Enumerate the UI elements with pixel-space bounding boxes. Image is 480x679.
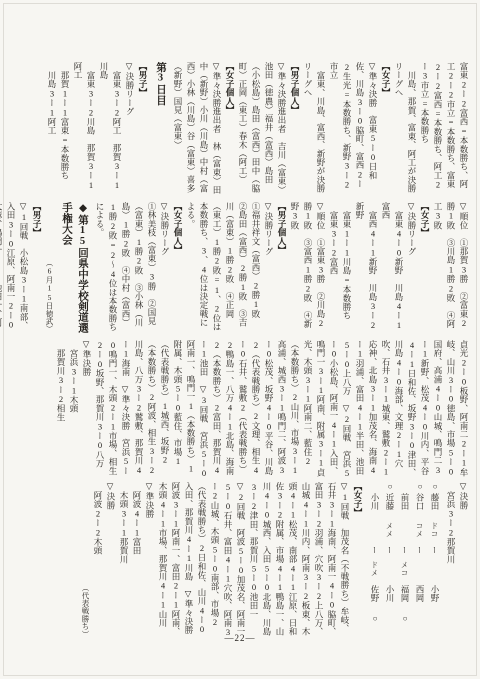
text-column-block: ▽準決勝	[143, 482, 156, 638]
player-name-top: 藤田	[428, 493, 441, 522]
text-column-block: ▽決勝リーグ	[158, 202, 171, 333]
techniques-top: コメ	[413, 522, 426, 546]
player-name-top: 小川	[368, 493, 381, 522]
text-column-block: 那賀1ー1富東=本数勝ち	[58, 62, 71, 194]
text-column-block: （6月15日徳武）	[43, 202, 55, 333]
match-column: ○ 近藤 メメ ー 小川	[382, 482, 397, 632]
text-column-block: 宮浜3ー2那賀川	[444, 482, 457, 638]
text-column-block: ▽順位 ①富東3勝 ②川島2勝1敗 ③富西1勝2敗 ④新野3敗	[288, 202, 327, 333]
text-column-block: 【女子個人】	[171, 202, 184, 333]
text-column-block: ▽決勝リーグ	[405, 202, 418, 333]
winner-mark-top: ○	[430, 482, 440, 493]
text-column-block: 【女子】	[379, 62, 392, 194]
player-name-bottom: 福岡	[398, 585, 411, 614]
player-name-top: 近藤	[383, 493, 396, 522]
text-band-3: 貞光2ー0板野、阿南二2ー1牟岐、山川3ー0徳島、市場5ー0国府、高浦4ー0山城…	[52, 340, 470, 480]
techniques-top: ドコ	[428, 522, 441, 546]
winner-mark-top: ○	[415, 482, 425, 493]
player-name-bottom: 西岡	[413, 585, 426, 614]
text-column-block: ▽順位 ①那賀3勝 ②富東2勝1敗 ③川島1勝2敗 ④阿工3敗	[431, 202, 470, 333]
text-column-block: ▽決勝	[104, 482, 117, 638]
text-column-block: ①福井祥文（富西）2勝1敗 ②島田（富西）2勝1敗 ③吉川（富東）1勝2敗 ④正…	[184, 202, 262, 333]
text-column-block: ①林美枝（富東）3勝 ②国見（富東）1勝2敗 ③小林（川島）1勝2敗 ④中村（富…	[93, 202, 158, 333]
text-column-block: 【女子】	[418, 202, 431, 333]
text-column-block: ▽決勝	[457, 482, 470, 638]
separator-dash: ー	[368, 546, 381, 561]
text-column-block: 第3日目	[152, 62, 168, 194]
text-column-block: ▽準々決勝 富東5ー0日和佐、川島3ー0脇町、富西2ー2生光=本数勝ち、新野3ー…	[327, 62, 379, 194]
match-column: 前田 ー メコ 福岡 ○	[397, 482, 412, 632]
text-column-block: 富東1ー1川島=本数勝ち	[340, 202, 353, 333]
text-band-1: 富東2ー2富西=本数勝ち、阿工2ー2市立=本数勝ち、富東2ー2富西=本数勝ち、阿…	[52, 62, 470, 194]
winner-mark-bottom: ○	[400, 614, 410, 625]
techniques-bottom: メコ	[398, 561, 411, 585]
text-column-block: 【男子個人】	[288, 62, 301, 194]
text-column-block: ▽準々決勝進出者 林（富東）田中（新野）小川（川島）中村（富西）小林（川島）谷（…	[171, 62, 223, 194]
text-column-block: 富東3ー2阿工 那賀3ー1川島	[97, 62, 123, 194]
player-name-top: 谷口	[413, 493, 426, 522]
text-column-block: 宮浜3ー1木頭	[67, 340, 80, 480]
text-column-block: 【男子個人】	[275, 202, 288, 333]
text-column-block: ▽1回戦 加茂名（不戦勝ち）牟岐、石井3ー1海南、阿南一4ー0脇町、富田3ー2羽…	[156, 482, 351, 638]
separator-dash: ー	[428, 546, 441, 561]
text-band-4: ▽決勝宮浜3ー2那賀川 ○ 藤田 ドコ ー 小野 ○ 谷口 コメ ー 西岡	[52, 482, 470, 638]
separator-dash: ー	[383, 546, 396, 561]
text-column-block: 【女子個人】	[223, 62, 236, 194]
text-column-block: 阿波2ー2木頭	[91, 482, 104, 638]
text-column-block: （代表戦勝ち）	[79, 482, 91, 638]
winner-mark-top: ○	[385, 482, 395, 493]
text-column-block: 富西4ー1新野 川島3ー2新野	[353, 202, 379, 333]
text-column-block: 富東3ー2川島 那賀3ー1阿工	[71, 62, 97, 194]
player-name-bottom: 佐野	[368, 585, 381, 614]
final-scoreboard: ○ 藤田 ドコ ー 小野 ○ 谷口 コメ ー 西岡 前田 ー メコ	[366, 482, 442, 632]
text-column-block: ▽1回戦 小松島3ー1南部、入田3ー0江原、阿南一2ー0大麻、鳴門一4ー1池田一…	[0, 202, 30, 333]
text-column-block: 貞光2ー0板野、阿南二2ー1牟岐、山川3ー0徳島、市場5ー0国府、高浦4ー0山城…	[93, 340, 470, 480]
text-column-block: ◆第15回県中学校剣道選手権大会	[58, 202, 90, 333]
techniques-bottom: ドメ	[368, 561, 381, 585]
techniques-top: メメ	[383, 522, 396, 546]
text-column-block: ▽準決勝	[80, 340, 93, 480]
text-column-block: 富東3ー2富西	[327, 202, 340, 333]
text-column-block: ▽決勝リーグ	[123, 62, 136, 194]
text-column-block: 富東、川島、富西、新野が決勝リーグへ	[301, 62, 327, 194]
text-column-block: 富東4ー0新野 川島4ー1富西	[379, 202, 405, 333]
page-number: —22—	[225, 633, 256, 643]
match-column: ○ 藤田 ドコ ー 小野	[427, 482, 442, 632]
text-column-block: 阿波4ー1富田	[130, 482, 143, 638]
player-name-top: 前田	[398, 493, 411, 522]
text-column-block: ▽決勝リーグ	[262, 202, 275, 333]
separator-dash: ー	[413, 546, 426, 561]
text-column-block: 那賀川3ー2相生	[54, 340, 67, 480]
separator-dash: ー	[398, 546, 411, 561]
match-column: ○ 谷口 コメ ー 西岡	[412, 482, 427, 632]
text-column-block: 富東2ー2富西=本数勝ち、阿工2ー2市立=本数勝ち、富東2ー2富西=本数勝ち、阿…	[418, 62, 470, 194]
scanned-newspaper-page: 富東2ー2富西=本数勝ち、阿工2ー2市立=本数勝ち、富東2ー2富西=本数勝ち、阿…	[0, 0, 480, 679]
text-column-block: 木頭3ー1那賀川	[117, 482, 130, 638]
text-column-block: 【女子】	[351, 482, 364, 638]
text-column-block: ▽準々決勝進出者 吉川（富東）池田（徳農）福井（富西）島田（小松島）島田（富西）…	[236, 62, 288, 194]
player-name-bottom: 小野	[428, 585, 441, 614]
text-column-block: 【男子】	[30, 202, 43, 333]
text-band-2: ▽順位 ①那賀3勝 ②富東2勝1敗 ③川島1勝2敗 ④阿工3敗【女子】▽決勝リー…	[52, 202, 470, 333]
text-column-block: 川島3ー1阿工	[45, 62, 58, 194]
text-column-block: 川島、那賀、富東、阿工が決勝リーグへ	[392, 62, 418, 194]
winner-mark-bottom: ○	[370, 614, 380, 625]
text-column-block: 【男子】	[136, 62, 149, 194]
match-column: 小川 ー ドメ 佐野 ○	[367, 482, 382, 632]
player-name-bottom: 小川	[383, 585, 396, 614]
